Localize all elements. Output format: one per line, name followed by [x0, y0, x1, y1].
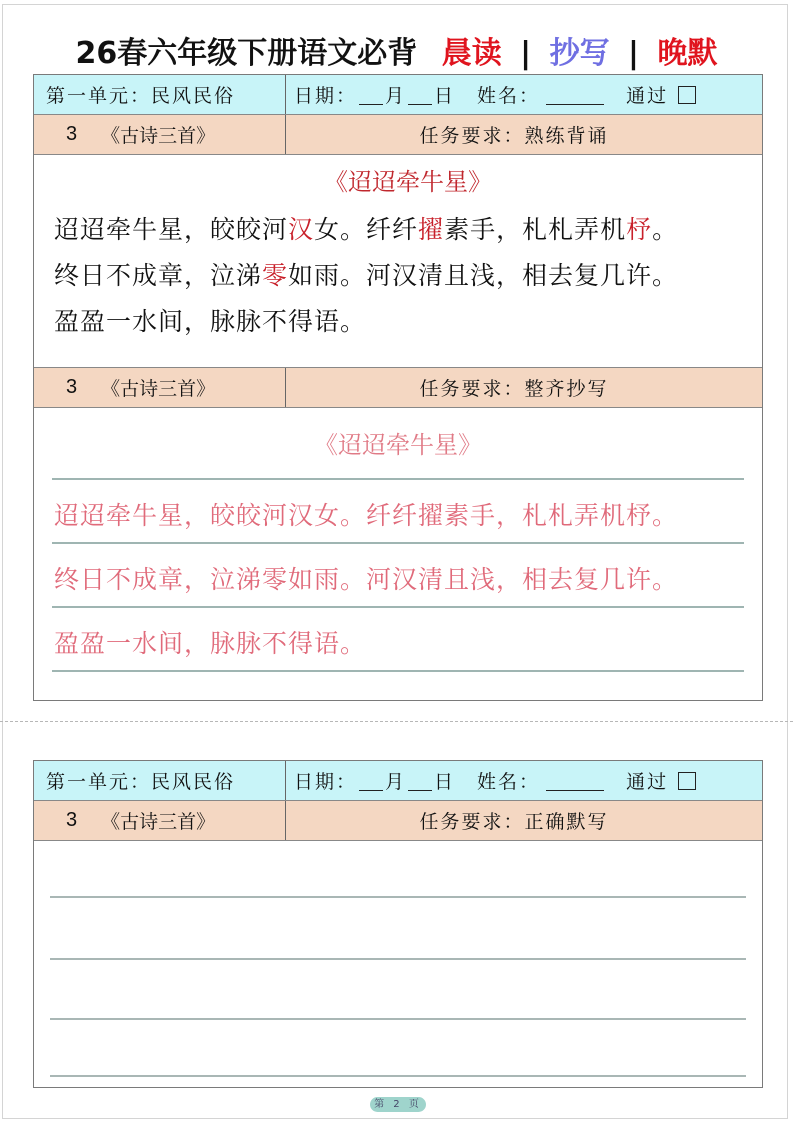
date-label: 日期： — [294, 767, 357, 794]
worksheet-card-top: 第一单元：民风民俗 日期： 月 日 姓名： 通过 3 《古诗三首》 任务要求：熟… — [33, 74, 763, 701]
day-label: 日 — [434, 81, 455, 108]
day-field[interactable] — [408, 85, 432, 105]
title-separator: | — [520, 36, 531, 71]
mode-evening-dictation: 晚默 — [657, 36, 717, 71]
poem-title: 《迢迢牵牛星》 — [54, 167, 762, 197]
lesson-number: 3 — [66, 123, 77, 146]
date-label: 日期： — [294, 81, 357, 108]
lesson-cell: 3 《古诗三首》 — [34, 801, 286, 840]
day-field[interactable] — [408, 771, 432, 791]
name-field[interactable] — [546, 771, 604, 791]
lesson-cell: 3 《古诗三首》 — [34, 368, 286, 407]
poem-line: 终日不成章，泣涕零如雨。河汉清且浅，相去复几许。 — [54, 253, 762, 299]
task-requirement: 任务要求：正确默写 — [286, 801, 762, 840]
task-requirement: 任务要求：熟练背诵 — [286, 115, 762, 154]
page-number-badge: 第 2 页 — [370, 1097, 426, 1112]
dictation-section — [34, 841, 762, 1087]
unit-label: 第一单元：民风民俗 — [34, 761, 286, 800]
write-line[interactable] — [50, 1018, 746, 1020]
write-line[interactable] — [50, 1075, 746, 1077]
info-row: 第一单元：民风民俗 日期： 月 日 姓名： 通过 — [34, 761, 762, 801]
task-row-copy: 3 《古诗三首》 任务要求：整齐抄写 — [34, 368, 762, 408]
month-field[interactable] — [359, 771, 383, 791]
name-field[interactable] — [546, 85, 604, 105]
pass-label: 通过 — [626, 767, 668, 794]
highlighted-char: 汉 — [288, 215, 314, 244]
lesson-number: 3 — [66, 809, 77, 832]
copy-title-line[interactable]: 《迢迢牵牛星》 — [52, 420, 744, 480]
poem-text-segment: 迢迢牵牛星，皎皎河 — [54, 215, 288, 244]
task-row-recite: 3 《古诗三首》 任务要求：熟练背诵 — [34, 115, 762, 155]
copy-poem-title: 《迢迢牵牛星》 — [314, 430, 482, 460]
day-label: 日 — [434, 767, 455, 794]
poem-text-segment: 素手，札札弄机 — [444, 215, 626, 244]
pass-checkbox[interactable] — [678, 772, 696, 790]
page-title: 26春六年级下册语文必背 晨读 | 抄写 | 晚默 — [0, 34, 793, 74]
poem-text: 迢迢牵牛星，皎皎河汉女。纤纤擢素手，札札弄机杼。终日不成章，泣涕零如雨。河汉清且… — [54, 207, 762, 345]
title-main: 26春六年级下册语文必背 — [76, 36, 418, 71]
mode-copy: 抄写 — [550, 36, 610, 71]
poem-line: 迢迢牵牛星，皎皎河汉女。纤纤擢素手，札札弄机杼。 — [54, 207, 762, 253]
lesson-number: 3 — [66, 376, 77, 399]
name-label: 姓名： — [477, 81, 540, 108]
info-row: 第一单元：民风民俗 日期： 月 日 姓名： 通过 — [34, 75, 762, 115]
lesson-title: 《古诗三首》 — [101, 121, 215, 148]
lesson-title: 《古诗三首》 — [101, 807, 215, 834]
copy-line[interactable]: 迢迢牵牛星，皎皎河汉女。纤纤擢素手，札札弄机杼。 — [52, 480, 744, 544]
highlighted-char: 杼 — [626, 215, 652, 244]
poem-text-segment: 如雨。河汉清且浅，相去复几许。 — [288, 261, 678, 290]
poem-line: 盈盈一水间，脉脉不得语。 — [54, 299, 762, 345]
month-field[interactable] — [359, 85, 383, 105]
mode-morning-read: 晨读 — [442, 36, 502, 71]
poem-text-segment: 终日不成章，泣涕 — [54, 261, 262, 290]
lesson-cell: 3 《古诗三首》 — [34, 115, 286, 154]
poem-text-segment: 。 — [652, 215, 678, 244]
poem-text-segment: 盈盈一水间，脉脉不得语。 — [54, 307, 366, 336]
worksheet-card-bottom: 第一单元：民风民俗 日期： 月 日 姓名： 通过 3 《古诗三首》 任务要求：正… — [33, 760, 763, 1088]
unit-label: 第一单元：民风民俗 — [34, 75, 286, 114]
pass-label: 通过 — [626, 81, 668, 108]
write-line[interactable] — [50, 896, 746, 898]
lesson-title: 《古诗三首》 — [101, 374, 215, 401]
poem-text-segment: 女。纤纤 — [314, 215, 418, 244]
recite-section: 《迢迢牵牛星》 迢迢牵牛星，皎皎河汉女。纤纤擢素手，札札弄机杼。终日不成章，泣涕… — [34, 155, 762, 368]
task-row-dictation: 3 《古诗三首》 任务要求：正确默写 — [34, 801, 762, 841]
copy-line[interactable]: 终日不成章，泣涕零如雨。河汉清且浅，相去复几许。 — [52, 544, 744, 608]
month-label: 月 — [385, 767, 406, 794]
name-label: 姓名： — [477, 767, 540, 794]
highlighted-char: 擢 — [418, 215, 444, 244]
pass-checkbox[interactable] — [678, 86, 696, 104]
date-name-pass: 日期： 月 日 姓名： 通过 — [286, 75, 762, 114]
title-separator: | — [628, 36, 639, 71]
cut-line-divider — [0, 721, 793, 722]
task-requirement: 任务要求：整齐抄写 — [286, 368, 762, 407]
highlighted-char: 零 — [262, 261, 288, 290]
month-label: 月 — [385, 81, 406, 108]
date-name-pass: 日期： 月 日 姓名： 通过 — [286, 761, 762, 800]
write-line[interactable] — [50, 958, 746, 960]
copy-line[interactable]: 盈盈一水间，脉脉不得语。 — [52, 608, 744, 672]
copy-section: 《迢迢牵牛星》 迢迢牵牛星，皎皎河汉女。纤纤擢素手，札札弄机杼。 终日不成章，泣… — [34, 408, 762, 700]
